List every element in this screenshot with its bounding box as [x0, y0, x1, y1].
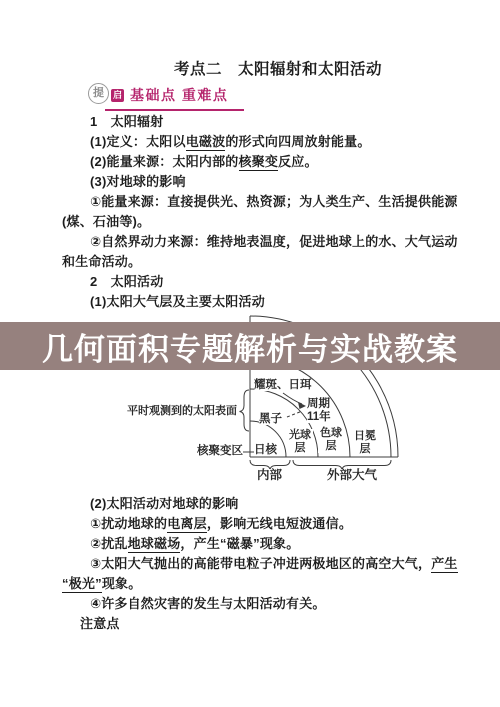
overlay-banner: 几何面积专题解析与实战教案	[0, 322, 500, 370]
surface-label: 平时观测到的太阳表面	[127, 405, 237, 417]
text-segment: ②自然界动力来源：维持地表温度，促进地球上的水、大气运动	[90, 234, 458, 249]
left-brace	[240, 390, 250, 431]
underlined-text: “极光”	[62, 576, 102, 593]
text-line: (2)太阳活动对地球的影响	[62, 494, 464, 514]
text-line: (煤、石油等)。	[62, 212, 464, 232]
content-bottom: (2)太阳活动对地球的影响①扰动地球的电离层，影响无线电短波通信。②扰乱地球磁场…	[62, 494, 464, 634]
text-segment: ②扰乱	[90, 536, 128, 551]
sunspot-label: 黑子	[259, 413, 282, 425]
text-line: “极光”现象。	[62, 574, 464, 594]
text-line: 注意点	[62, 614, 464, 634]
text-segment: ，影响无线电短波通信。	[207, 516, 352, 531]
badge-circle-icon: 提	[88, 83, 109, 104]
text-segment: 反应。	[278, 154, 318, 169]
section-badge: 提 启 基础点 重难点	[88, 83, 244, 111]
period-label-line1: 周期	[307, 398, 330, 410]
text-segment: ③太阳大气抛出的高能带电粒子冲进两极地区的高空大气，	[90, 556, 431, 571]
text-segment: 2 太阳活动	[90, 274, 163, 289]
text-segment: ，产生“磁暴”现象。	[180, 536, 299, 551]
text-segment: (1)太阳大气层及主要太阳活动	[90, 294, 265, 309]
text-segment: 和生命活动。	[62, 254, 141, 269]
text-segment: (2)能量来源：太阳内部的	[90, 154, 239, 169]
text-line: (1)定义：太阳以电磁波的形式向四周放射能量。	[62, 132, 464, 152]
text-segment: 现象。	[102, 576, 142, 591]
text-segment: (1)定义：太阳以	[90, 134, 186, 149]
text-line: ①扰动地球的电离层，影响无线电短波通信。	[62, 514, 464, 534]
chromosphere-label: 色球层	[318, 427, 344, 453]
underlined-text: 电离层	[167, 516, 207, 533]
underlined-text: 核聚变	[239, 154, 279, 171]
badge-tag-icon: 启	[111, 89, 124, 102]
underlined-text: 产生	[431, 556, 457, 573]
text-line: ③太阳大气抛出的高能带电粒子冲进两极地区的高空大气，产生	[62, 554, 464, 574]
text-line: 和生命活动。	[62, 252, 464, 272]
badge-label: 基础点 重难点	[130, 85, 228, 105]
text-segment: 的形式向四周放射能量。	[225, 134, 370, 149]
text-segment: (3)对地球的影响	[90, 174, 186, 189]
sunspot-dashed-line	[287, 412, 301, 418]
underlined-text: 电磁波	[186, 134, 226, 151]
text-segment: (2)太阳活动对地球的影响	[90, 496, 239, 511]
text-segment: ①扰动地球的	[90, 516, 167, 531]
badge-underline-group: 启 基础点 重难点	[105, 85, 244, 111]
fusion-zone-label: 核聚变区	[197, 445, 243, 457]
text-segment: 注意点	[80, 616, 120, 631]
flare-prominence-label: 耀斑、日珥	[254, 379, 312, 391]
text-segment: 1 太阳辐射	[90, 114, 163, 129]
text-segment: ①能量来源：直接提供光、热资源；为人类生产、生活提供能源	[90, 194, 458, 209]
underlined-text: 地球磁场	[128, 536, 181, 553]
text-line: ④许多自然灾害的发生与太阳活动有关。	[62, 594, 464, 614]
text-line: ①能量来源：直接提供光、热资源；为人类生产、生活提供能源	[62, 192, 464, 212]
page-title: 考点二 太阳辐射和太阳活动	[56, 57, 500, 79]
text-line: (1)太阳大气层及主要太阳活动	[62, 292, 464, 312]
corona-label: 日冕层	[352, 430, 378, 456]
arrowhead-icon	[298, 402, 306, 409]
core-label: 日核	[254, 444, 277, 456]
text-line: (3)对地球的影响	[62, 172, 464, 192]
textbook-page: 考点二 太阳辐射和太阳活动 提 启 基础点 重难点 1 太阳辐射(1)定义：太阳…	[0, 0, 500, 707]
text-line: ②扰乱地球磁场，产生“磁暴”现象。	[62, 534, 464, 554]
text-segment: (煤、石油等)。	[62, 214, 150, 229]
photosphere-label: 光球层	[287, 429, 313, 455]
outer-atmosphere-label: 外部大气	[327, 469, 377, 481]
text-line: (2)能量来源：太阳内部的核聚变反应。	[62, 152, 464, 172]
text-line: ②自然界动力来源：维持地表温度，促进地球上的水、大气运动	[62, 232, 464, 252]
period-label-line2: 11年	[307, 411, 331, 423]
content-top: 1 太阳辐射(1)定义：太阳以电磁波的形式向四周放射能量。(2)能量来源：太阳内…	[62, 112, 464, 312]
text-line: 2 太阳活动	[62, 272, 464, 292]
text-segment: ④许多自然灾害的发生与太阳活动有关。	[90, 596, 326, 611]
text-line: 1 太阳辐射	[62, 112, 464, 132]
interior-label: 内部	[257, 469, 282, 481]
